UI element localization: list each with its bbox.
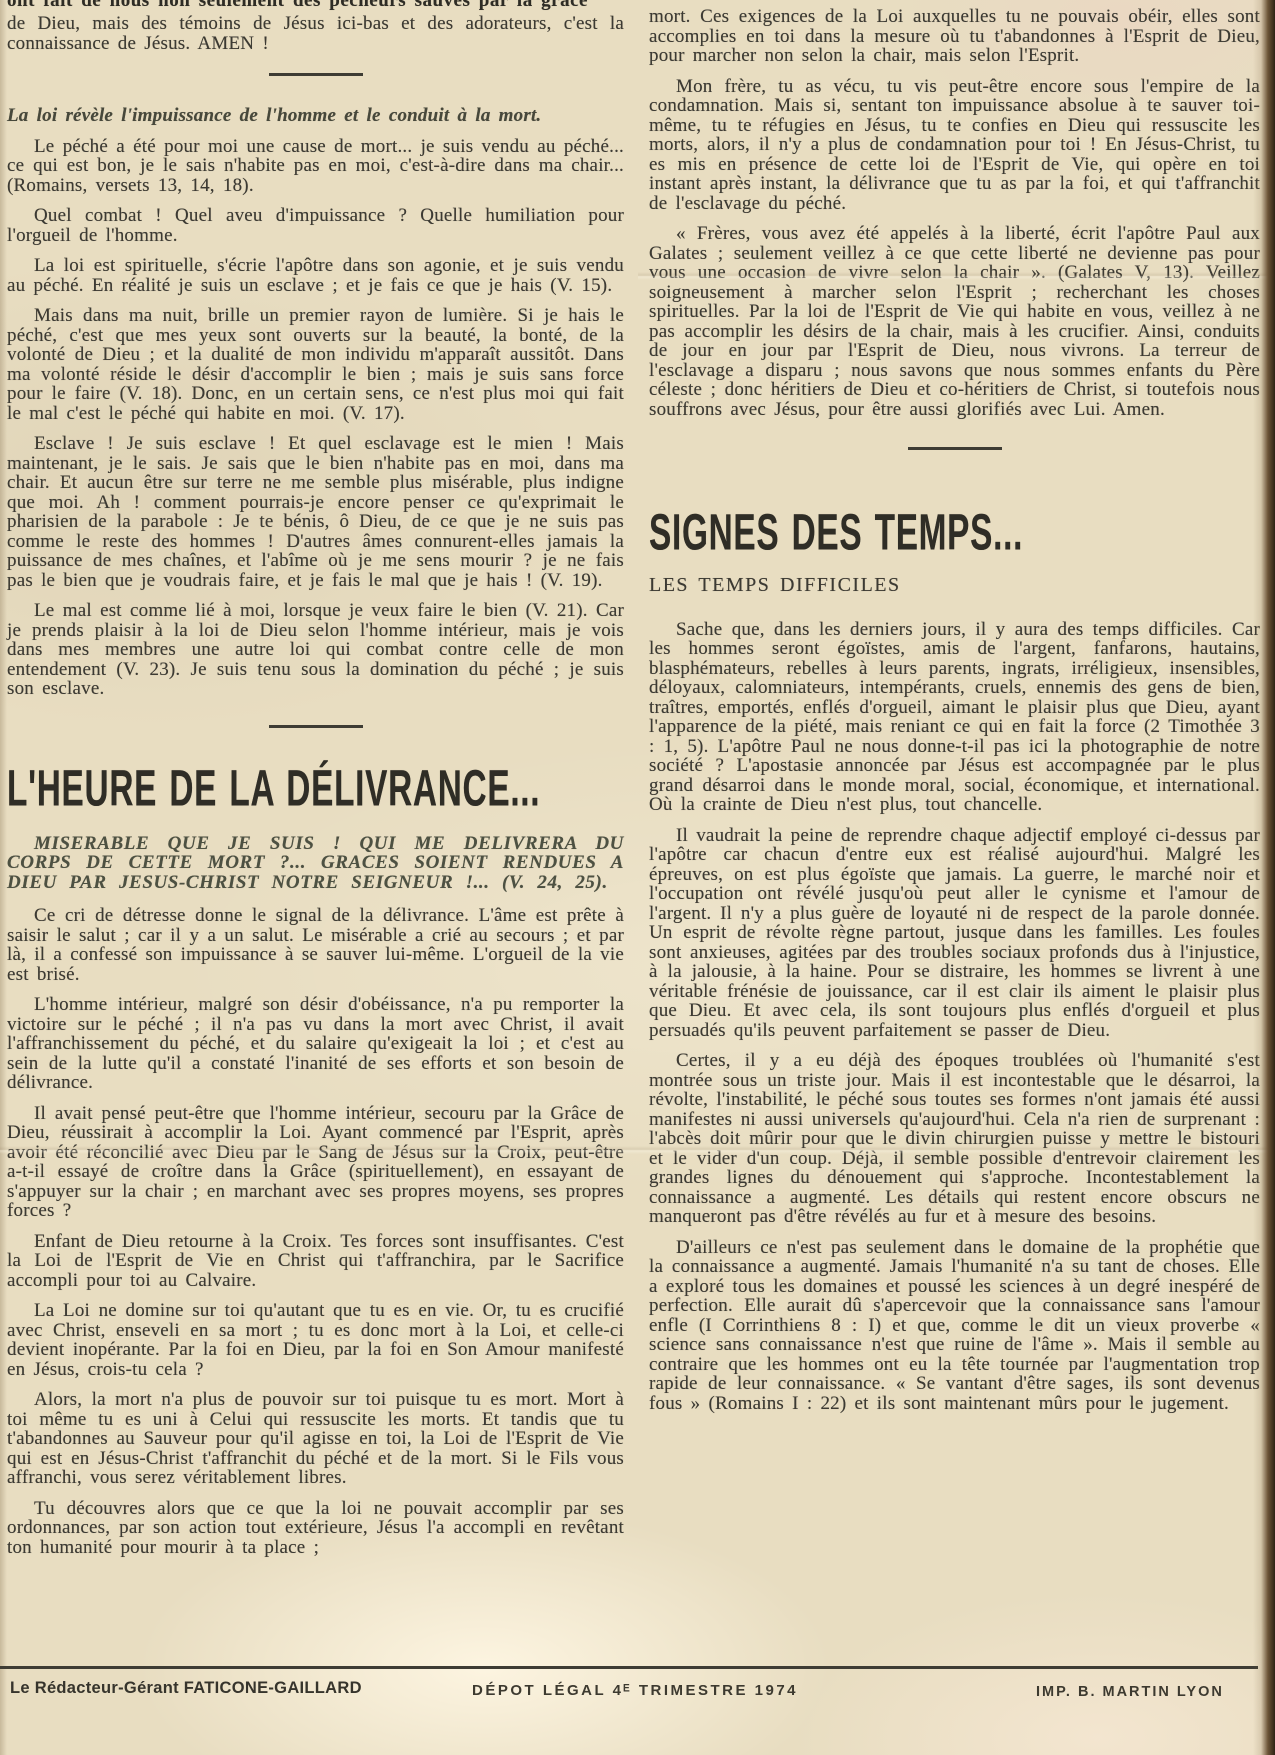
left-column: ont fait de nous non seulement des péche… bbox=[7, 0, 624, 1568]
separator-rule bbox=[269, 73, 363, 76]
paragraph: Enfant de Dieu retourne à la Croix. Tes … bbox=[7, 1232, 624, 1291]
paragraph: Le mal est comme lié à moi, lorsque je v… bbox=[7, 601, 624, 699]
document-page: ont fait de nous non seulement des péche… bbox=[0, 0, 1275, 1755]
section-title-signes: SIGNES DES TEMPS... bbox=[649, 506, 1083, 558]
left-part1: Le péché a été pour moi une cause de mor… bbox=[7, 137, 624, 699]
paragraph: Quel combat ! Quel aveu d'impuissance ? … bbox=[7, 206, 624, 245]
paragraph-continuation: de Dieu, mais des témoins de Jésus ici-b… bbox=[7, 14, 624, 53]
page-edge-shadow bbox=[1253, 0, 1275, 1755]
separator-rule bbox=[908, 447, 1002, 450]
right-part1: Mon frère, tu as vécu, tu vis peut-être … bbox=[649, 77, 1260, 420]
paragraph: Certes, il y a eu déjà des époques troub… bbox=[649, 1051, 1260, 1227]
footer-legal: DÉPOT LÉGAL 4ᴱ TRIMESTRE 1974 bbox=[472, 1682, 798, 1699]
paragraph: « Frères, vous avez été appelés à la lib… bbox=[649, 224, 1260, 419]
paragraph: Alors, la mort n'a plus de pouvoir sur t… bbox=[7, 1390, 624, 1488]
paragraph: Tu découvres alors que ce que la loi ne … bbox=[7, 1499, 624, 1558]
section-title-delivrance: L'HEURE DE LA DÉLIVRANCE... bbox=[7, 762, 445, 814]
paragraph: D'ailleurs ce n'est pas seulement dans l… bbox=[649, 1238, 1260, 1414]
clipped-text: ont fait de nous non seulement des péche… bbox=[7, 0, 624, 11]
paragraph: Sache que, dans les derniers jours, il y… bbox=[649, 620, 1260, 815]
paragraph: Mais dans ma nuit, brille un premier ray… bbox=[7, 306, 624, 423]
paragraph: Il vaudrait la peine de reprendre chaque… bbox=[649, 826, 1260, 1041]
paragraph: Il avait pensé peut-être que l'homme int… bbox=[7, 1104, 624, 1221]
paragraph: Ce cri de détresse donne le signal de la… bbox=[7, 906, 624, 984]
left-part2: Ce cri de détresse donne le signal de la… bbox=[7, 906, 624, 1557]
paragraph: Le péché a été pour moi une cause de mor… bbox=[7, 137, 624, 196]
paragraph-continuation: mort. Ces exigences de la Loi auxquelles… bbox=[649, 7, 1260, 66]
right-column: mort. Ces exigences de la Loi auxquelles… bbox=[649, 7, 1260, 1424]
separator-rule bbox=[269, 725, 363, 728]
lead-italic: La loi révèle l'impuissance de l'homme e… bbox=[7, 106, 624, 126]
paragraph: L'homme intérieur, malgré son désir d'ob… bbox=[7, 995, 624, 1093]
subsection-title: LES TEMPS DIFFICILES bbox=[649, 576, 1260, 596]
paragraph: Mon frère, tu as vécu, tu vis peut-être … bbox=[649, 77, 1260, 214]
footer-editor: Le Rédacteur-Gérant FATICONE-GAILLARD bbox=[10, 1679, 362, 1698]
right-part2: Sache que, dans les derniers jours, il y… bbox=[649, 620, 1260, 1414]
paragraph: La loi est spirituelle, s'écrie l'apôtre… bbox=[7, 256, 624, 295]
clipped-top-line: ont fait de nous non seulement des péche… bbox=[7, 0, 624, 11]
footer-printer: IMP. B. MARTIN LYON bbox=[1036, 1684, 1224, 1700]
footer-rule bbox=[0, 1666, 1258, 1669]
paragraph: La Loi ne domine sur toi qu'autant que t… bbox=[7, 1301, 624, 1379]
scripture-quote: MISERABLE QUE JE SUIS ! QUI ME DELIVRERA… bbox=[7, 834, 624, 893]
paragraph: Esclave ! Je suis esclave ! Et quel escl… bbox=[7, 434, 624, 590]
